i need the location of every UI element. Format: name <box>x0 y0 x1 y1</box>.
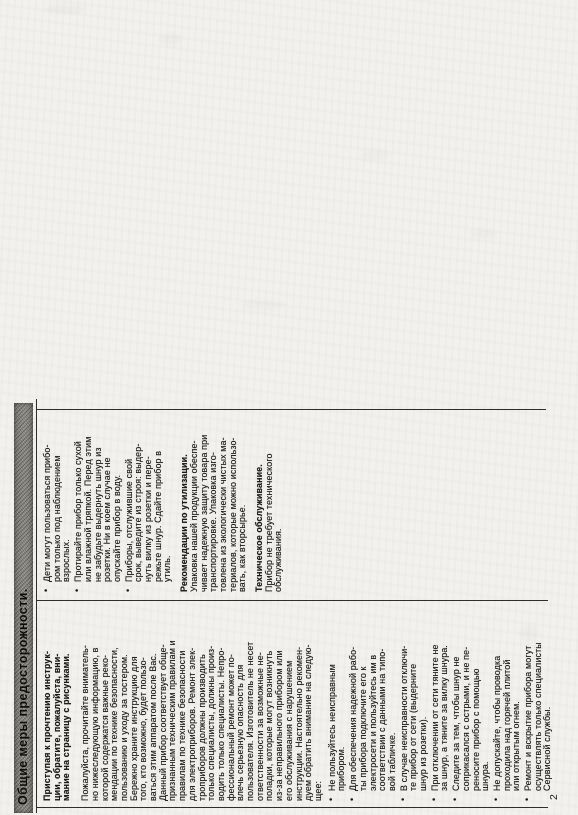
list-item: • При отключении от сети тяните не за шн… <box>431 613 450 801</box>
bullet-icon: • <box>399 798 409 801</box>
page-number: 2 <box>548 794 560 800</box>
bullet-icon: • <box>451 798 461 801</box>
bullet-icon: • <box>523 798 533 801</box>
column-divider-line <box>37 600 548 601</box>
right-border-line <box>37 409 546 410</box>
list-item-text: Ремонт и вскрытие прибора могут осуществ… <box>524 613 553 791</box>
list-item: • Следите за тем, чтобы шнур не соприкас… <box>452 613 491 801</box>
scanned-manual-page: { "theme": { "paper": "#f2f1ed", "ink": … <box>0 0 578 815</box>
list-item-text: Не пользуйтесь неисправным прибором. <box>328 613 347 791</box>
bullet-icon: • <box>327 798 337 801</box>
bullet-icon: • <box>124 589 134 592</box>
list-item-text: Для обеспечения надежной рабо- ты прибор… <box>349 613 398 791</box>
header-band: Общие меры предосторожности. <box>14 403 33 813</box>
rotated-page-content: Общие меры предосторожности. Приступая к… <box>0 0 578 813</box>
bullet-icon: • <box>348 798 358 801</box>
list-item: • Приборы, отслужившие свой срок, выведи… <box>125 414 174 592</box>
bullet-icon: • <box>73 589 83 592</box>
list-item: • Дети могут пользоваться прибо- ром тол… <box>43 414 72 592</box>
bullet-icon: • <box>42 589 52 592</box>
column-2: • Дети могут пользоваться прибо- ром тол… <box>43 414 284 592</box>
list-item: • Не допускайте, чтобы проводка проходил… <box>493 613 522 801</box>
left-border-line <box>37 807 548 808</box>
list-item-text: Приборы, отслужившие свой срок, выведите… <box>125 414 174 582</box>
list-item-text: Не допускайте, чтобы проводка проходила … <box>493 613 522 791</box>
column-1: Приступая к прочтению инструк- ции, обра… <box>43 613 555 801</box>
bullet-icon: • <box>430 798 440 801</box>
list-item: • В случае неисправности отключи- те при… <box>400 613 429 801</box>
page-title: Общие меры предосторожности. <box>14 403 33 813</box>
list-item-text: При отключении от сети тяните не за шнур… <box>431 613 450 791</box>
safety-paragraph: Пожалуйста, прочитайте вниматель- но ниж… <box>81 613 324 801</box>
list-item-text: Протирайте прибор только сухой или влажн… <box>74 414 123 582</box>
list-item: • Не пользуйтесь неисправным прибором. <box>328 613 347 801</box>
list-item-text: Следите за тем, чтобы шнур не соприкасал… <box>452 613 491 791</box>
list-item: • Для обеспечения надежной рабо- ты приб… <box>349 613 398 801</box>
list-item: • Протирайте прибор только сухой или вла… <box>74 414 123 592</box>
list-item: • Ремонт и вскрытие прибора могут осущес… <box>524 613 553 801</box>
list-item-text: В случае неисправности отключи- те прибо… <box>400 613 429 791</box>
section-body-recycling: Упаковка нашей продукции обеспе- чивает … <box>190 414 248 592</box>
intro-paragraph: Приступая к прочтению инструк- ции, обра… <box>43 613 72 801</box>
header-divider-line <box>36 399 37 813</box>
list-item-text: Дети могут пользоваться прибо- ром тольк… <box>43 414 72 582</box>
bullet-icon: • <box>492 798 502 801</box>
section-body-service: Прибор не требует технического обслужива… <box>265 414 284 592</box>
